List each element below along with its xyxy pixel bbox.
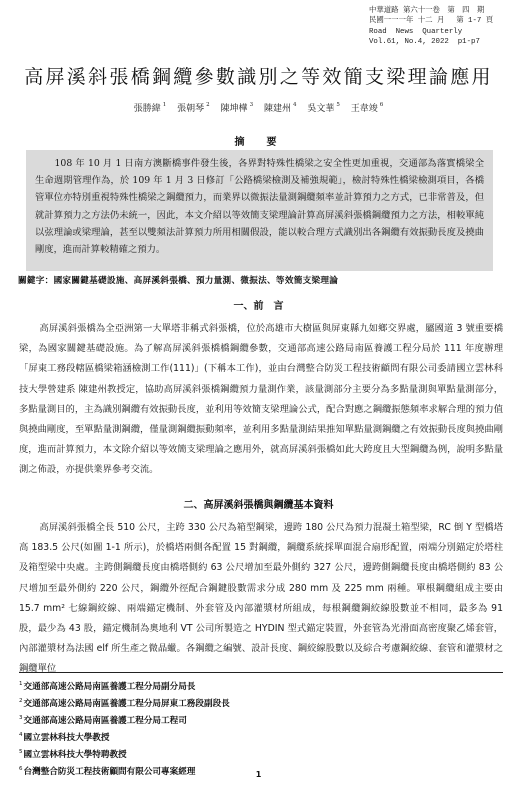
journal-header: 中華道路 第六十一卷 第 四 期民國一一一年 十二 月 第 1-7 頁Road …: [369, 6, 493, 48]
author-name: 王韋竣: [351, 104, 378, 114]
abstract-heading: 摘 要: [0, 133, 517, 148]
author-name: 張朝琴: [177, 104, 204, 114]
page-number: 1: [0, 770, 517, 779]
footnotes: 1交通部高速公路局南區養護工程分局副分局長 2交通部高速公路局南區養護工程分局屏…: [19, 677, 230, 780]
footnote-ref: 2: [19, 698, 23, 704]
paper-page: 中華道路 第六十一卷 第 四 期民國一一一年 十二 月 第 1-7 頁Road …: [0, 0, 517, 786]
footnote-ref: 3: [19, 715, 23, 721]
section-paragraph-introduction: 高屏溪斜張橋為全亞洲第一大單塔非稱式斜張橋，位於高雄市大樹區與屏東縣九如鄉交界處…: [19, 319, 503, 481]
author: 王韋竣6: [351, 104, 384, 114]
footnote: 5國立雲林科技大學特聘教授: [19, 745, 230, 762]
footnote-text: 國立雲林科技大學教授: [24, 733, 110, 743]
affiliation-ref: 2: [206, 102, 210, 108]
abstract-text: 108 年 10 月 1 日南方澳斷橋事件發生後，各界對特殊性橋梁之安全性更加重…: [26, 150, 493, 258]
author: 張勝緯1: [134, 104, 167, 114]
section-paragraph-bridge-data: 高屏溪斜張橋全長 510 公尺，主跨 330 公尺為箱型鋼梁，邊跨 180 公尺…: [19, 518, 503, 680]
author-name: 陳坤樺: [221, 104, 248, 114]
journal-header-line: 中華道路 第六十一卷 第 四 期: [369, 6, 493, 16]
author: 張朝琴2: [177, 104, 210, 114]
section-heading-introduction: 一、前 言: [0, 297, 517, 312]
journal-header-line: Vol.61, No.4, 2022 p1-p7: [369, 37, 493, 47]
footnote: 2交通部高速公路局南區養護工程分局屏東工務段副段長: [19, 694, 230, 711]
author-list: 張勝緯1 張朝琴2 陳坤樺3 陳建州4 吳文華5 王韋竣6: [0, 101, 517, 114]
footnote-text: 交通部高速公路局南區養護工程分局屏東工務段副段長: [24, 699, 230, 709]
footnote-ref: 4: [19, 732, 23, 738]
footnote: 1交通部高速公路局南區養護工程分局副分局長: [19, 677, 230, 694]
journal-header-line: Road News Quarterly: [369, 27, 493, 37]
author: 陳建州4: [264, 104, 297, 114]
footnote-text: 交通部高速公路局南區養護工程分局工程司: [24, 716, 187, 726]
author-name: 吳文華: [307, 104, 334, 114]
abstract-box: 108 年 10 月 1 日南方澳斷橋事件發生後，各界對特殊性橋梁之安全性更加重…: [26, 150, 493, 271]
section-heading-bridge-data: 二、高屏溪斜張橋與鋼纜基本資料: [0, 496, 517, 511]
author: 吳文華5: [307, 104, 340, 114]
footnote-text: 交通部高速公路局南區養護工程分局副分局長: [24, 682, 196, 692]
affiliation-ref: 4: [293, 102, 297, 108]
affiliation-ref: 1: [163, 102, 167, 108]
author-name: 陳建州: [264, 104, 291, 114]
footnote: 4國立雲林科技大學教授: [19, 728, 230, 745]
footnote-ref: 5: [19, 749, 23, 755]
footnote: 3交通部高速公路局南區養護工程分局工程司: [19, 711, 230, 728]
paper-title: 高屏溪斜張橋鋼纜參數識別之等效簡支梁理論應用: [0, 62, 517, 89]
affiliation-ref: 3: [250, 102, 254, 108]
author-name: 張勝緯: [134, 104, 161, 114]
footnote-divider: [19, 672, 503, 673]
affiliation-ref: 6: [380, 102, 384, 108]
journal-header-line: 民國一一一年 十二 月 第 1-7 頁: [369, 16, 493, 26]
footnote-text: 國立雲林科技大學特聘教授: [24, 750, 127, 760]
keywords: 關鍵字：國家關鍵基礎設施、高屏溪斜張橋、預力量測、微振法、等效簡支梁理論: [18, 274, 338, 286]
footnote-ref: 1: [19, 681, 23, 687]
affiliation-ref: 5: [336, 102, 340, 108]
author: 陳坤樺3: [221, 104, 254, 114]
